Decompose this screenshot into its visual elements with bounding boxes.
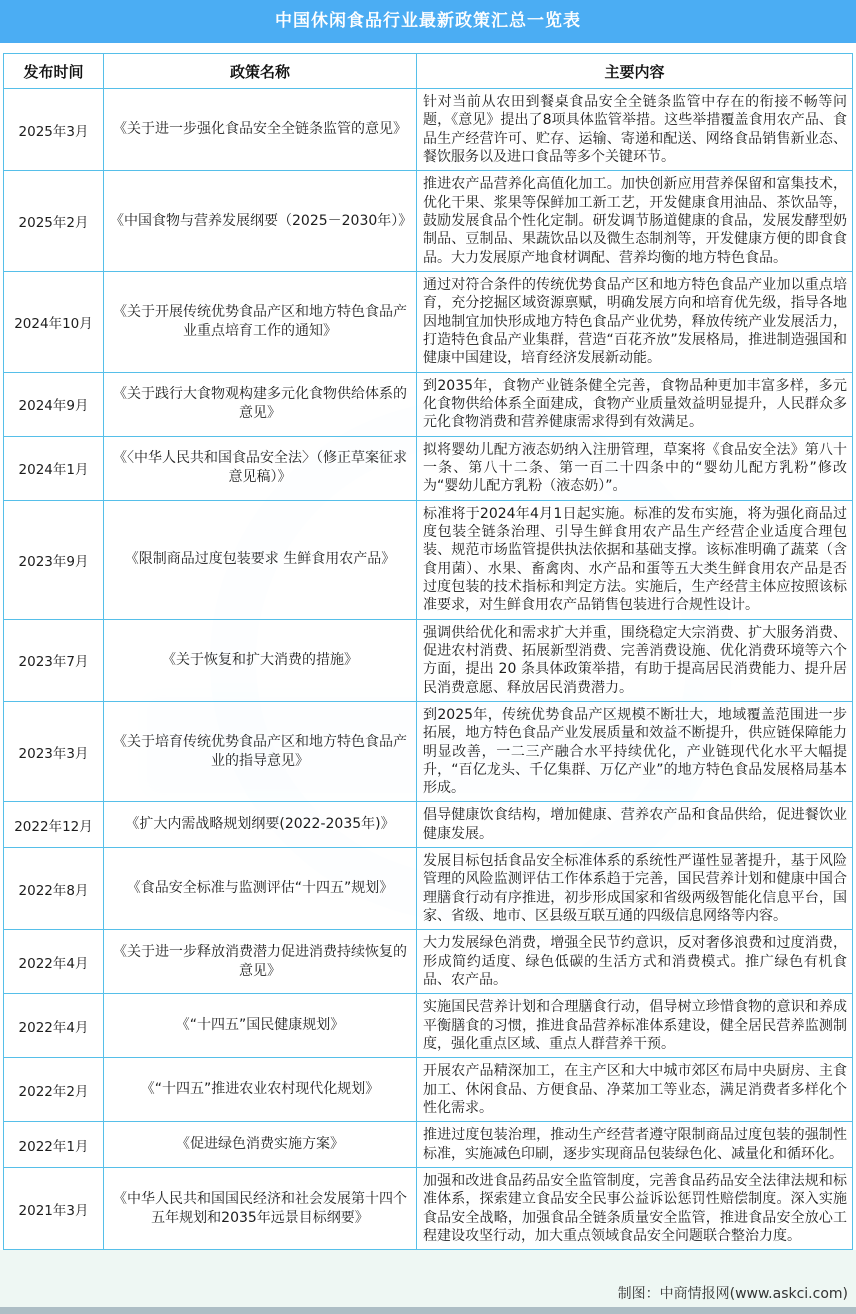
cell-main-content: 强调供给优化和需求扩大并重，围绕稳定大宗消费、扩大服务消费、促进农村消费、拓展新…	[417, 619, 853, 701]
footer-area: 制图：中商情报网(www.askci.com)	[0, 1250, 856, 1314]
cell-main-content: 到2025年，传统优势食品产区规模不断壮大，地域覆盖范围进一步拓展，地方特色食品…	[417, 701, 853, 802]
policy-table: 发布时间 政策名称 主要内容 2025年3月《关于进一步强化食品安全全链条监管的…	[3, 53, 853, 1250]
cell-date: 2022年4月	[4, 930, 104, 994]
cell-date: 2025年3月	[4, 89, 104, 171]
cell-policy-name: 《促进绿色消费实施方案》	[104, 1122, 417, 1168]
cell-main-content: 加强和改进食品药品安全监管制度，完善食品药品安全法律法规和标准体系，探索建立食品…	[417, 1168, 853, 1250]
title-bar: 中国休闲食品行业最新政策汇总一览表	[0, 0, 856, 43]
table-row: 2022年12月《扩大内需战略规划纲要(2022-2035年)》倡导健康饮食结构…	[4, 802, 853, 848]
table-wrap: 发布时间 政策名称 主要内容 2025年3月《关于进一步强化食品安全全链条监管的…	[0, 43, 856, 1250]
table-row: 2023年7月《关于恢复和扩大消费的措施》强调供给优化和需求扩大并重，围绕稳定大…	[4, 619, 853, 701]
cell-main-content: 推进农产品营养化高值化加工。加快创新应用营养保留和富集技术，优化干果、浆果等保鲜…	[417, 171, 853, 272]
header-content: 主要内容	[417, 54, 853, 89]
cell-policy-name: 《关于进一步强化食品安全全链条监管的意见》	[104, 89, 417, 171]
cell-policy-name: 《“十四五”国民健康规划》	[104, 994, 417, 1058]
cell-policy-name: 《关于恢复和扩大消费的措施》	[104, 619, 417, 701]
table-row: 2024年1月《〈中华人民共和国食品安全法〉（修正草案征求意见稿）》拟将婴幼儿配…	[4, 436, 853, 500]
cell-main-content: 倡导健康饮食结构，增加健康、营养农产品和食品供给，促进餐饮业健康发展。	[417, 802, 853, 848]
cell-policy-name: 《关于培育传统优势食品产区和地方特色食品产业的指导意见》	[104, 701, 417, 802]
table-row: 2023年3月《关于培育传统优势食品产区和地方特色食品产业的指导意见》到2025…	[4, 701, 853, 802]
cell-date: 2024年1月	[4, 436, 104, 500]
cell-date: 2023年9月	[4, 500, 104, 619]
table-row: 2022年4月《“十四五”国民健康规划》实施国民营养计划和合理膳食行动，倡导树立…	[4, 994, 853, 1058]
cell-policy-name: 《〈中华人民共和国食品安全法〉（修正草案征求意见稿）》	[104, 436, 417, 500]
cell-main-content: 实施国民营养计划和合理膳食行动，倡导树立珍惜食物的意识和养成平衡膳食的习惯，推进…	[417, 994, 853, 1058]
cell-policy-name: 《关于开展传统优势食品产区和地方特色食品产业重点培育工作的通知》	[104, 271, 417, 372]
cell-date: 2022年12月	[4, 802, 104, 848]
cell-date: 2022年1月	[4, 1122, 104, 1168]
cell-policy-name: 《关于践行大食物观构建多元化食物供给体系的意见》	[104, 372, 417, 436]
cell-main-content: 拟将婴幼儿配方液态奶纳入注册管理，草案将《食品安全法》第八十一条、第八十二条、第…	[417, 436, 853, 500]
cell-main-content: 通过对符合条件的传统优势食品产区和地方特色食品产业加以重点培育，充分挖掘区域资源…	[417, 271, 853, 372]
cell-policy-name: 《中华人民共和国国民经济和社会发展第十四个五年规划和2035年远景目标纲要》	[104, 1168, 417, 1250]
page-title: 中国休闲食品行业最新政策汇总一览表	[275, 11, 581, 31]
cell-date: 2022年8月	[4, 848, 104, 930]
table-row: 2025年3月《关于进一步强化食品安全全链条监管的意见》针对当前从农田到餐桌食品…	[4, 89, 853, 171]
policy-table-body: 2025年3月《关于进一步强化食品安全全链条监管的意见》针对当前从农田到餐桌食品…	[4, 89, 853, 1250]
cell-date: 2022年2月	[4, 1058, 104, 1122]
cell-main-content: 推进过度包装治理，推动生产经营者遵守限制商品过度包装的强制性标准，实施减色印刷，…	[417, 1122, 853, 1168]
bottom-strip	[0, 1307, 856, 1314]
cell-policy-name: 《扩大内需战略规划纲要(2022-2035年)》	[104, 802, 417, 848]
table-row: 2023年9月《限制商品过度包装要求 生鲜食用农产品》标准将于2024年4月1日…	[4, 500, 853, 619]
cell-policy-name: 《限制商品过度包装要求 生鲜食用农产品》	[104, 500, 417, 619]
cell-date: 2023年7月	[4, 619, 104, 701]
cell-main-content: 针对当前从农田到餐桌食品安全全链条监管中存在的衔接不畅等问题，《意见》提出了8项…	[417, 89, 853, 171]
cell-main-content: 到2035年，食物产业链条健全完善，食物品种更加丰富多样，多元化食物供给体系全面…	[417, 372, 853, 436]
table-row: 2022年1月《促进绿色消费实施方案》推进过度包装治理，推动生产经营者遵守限制商…	[4, 1122, 853, 1168]
table-row: 2022年4月《关于进一步释放消费潜力促进消费持续恢复的意见》大力发展绿色消费，…	[4, 930, 853, 994]
table-row: 2025年2月《中国食物与营养发展纲要（2025－2030年）》推进农产品营养化…	[4, 171, 853, 272]
cell-policy-name: 《关于进一步释放消费潜力促进消费持续恢复的意见》	[104, 930, 417, 994]
table-row: 2021年3月《中华人民共和国国民经济和社会发展第十四个五年规划和2035年远景…	[4, 1168, 853, 1250]
page: 中国休闲食品行业最新政策汇总一览表 发布时间 政策名称 主要内容 2025年3月…	[0, 0, 856, 1314]
cell-policy-name: 《食品安全标准与监测评估“十四五”规划》	[104, 848, 417, 930]
cell-date: 2021年3月	[4, 1168, 104, 1250]
cell-date: 2023年3月	[4, 701, 104, 802]
cell-policy-name: 《中国食物与营养发展纲要（2025－2030年）》	[104, 171, 417, 272]
cell-date: 2024年9月	[4, 372, 104, 436]
table-header-row: 发布时间 政策名称 主要内容	[4, 54, 853, 89]
cell-main-content: 开展农产品精深加工，在主产区和大中城市郊区布局中央厨房、主食加工、休闲食品、方便…	[417, 1058, 853, 1122]
cell-date: 2022年4月	[4, 994, 104, 1058]
cell-policy-name: 《“十四五”推进农业农村现代化规划》	[104, 1058, 417, 1122]
header-date: 发布时间	[4, 54, 104, 89]
cell-date: 2025年2月	[4, 171, 104, 272]
cell-date: 2024年10月	[4, 271, 104, 372]
cell-main-content: 发展目标包括食品安全标准体系的系统性严谨性显著提升，基于风险管理的风险监测评估工…	[417, 848, 853, 930]
table-row: 2022年8月《食品安全标准与监测评估“十四五”规划》发展目标包括食品安全标准体…	[4, 848, 853, 930]
table-row: 2024年9月《关于践行大食物观构建多元化食物供给体系的意见》到2035年，食物…	[4, 372, 853, 436]
cell-main-content: 大力发展绿色消费，增强全民节约意识，反对奢侈浪费和过度消费，形成简约适度、绿色低…	[417, 930, 853, 994]
cell-main-content: 标准将于2024年4月1日起实施。标准的发布实施，将为强化商品过度包装全链条治理…	[417, 500, 853, 619]
table-row: 2022年2月《“十四五”推进农业农村现代化规划》开展农产品精深加工，在主产区和…	[4, 1058, 853, 1122]
credit-text: 制图：中商情报网(www.askci.com)	[0, 1279, 856, 1307]
header-policy: 政策名称	[104, 54, 417, 89]
table-row: 2024年10月《关于开展传统优势食品产区和地方特色食品产业重点培育工作的通知》…	[4, 271, 853, 372]
